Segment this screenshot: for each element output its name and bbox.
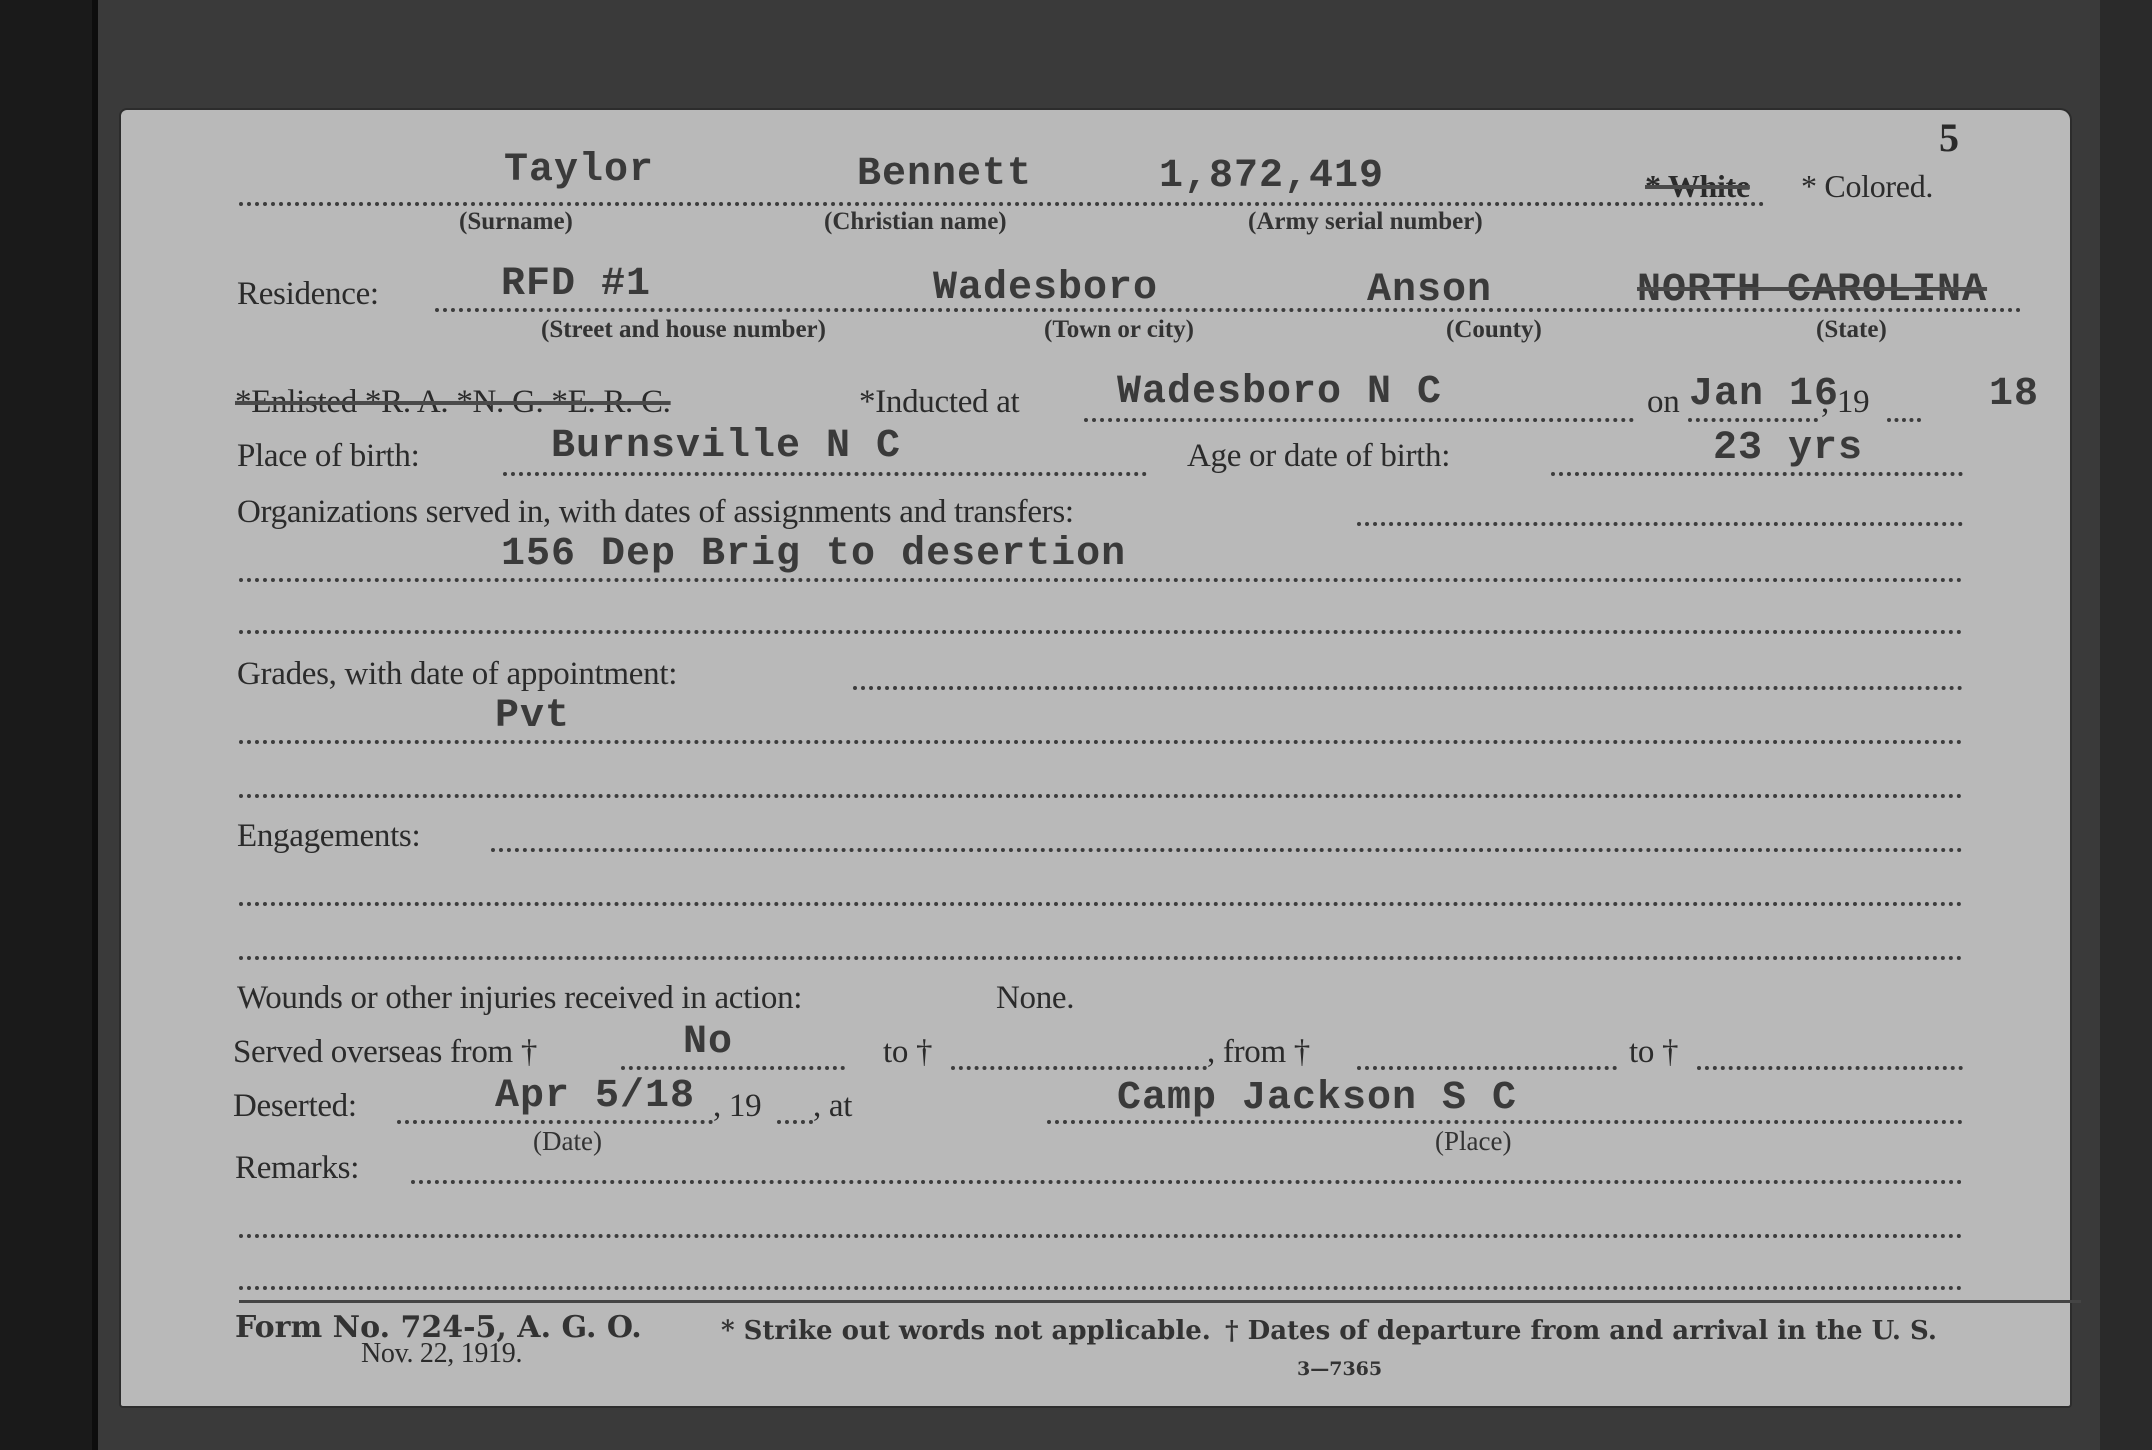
overseas-to2-line [1697, 1066, 1963, 1070]
overseas-to2-label: to † [1629, 1034, 1678, 1071]
page-number: 5 [1939, 114, 1959, 161]
age-line [1551, 472, 1963, 476]
inducted-label: *Inducted at [859, 384, 1019, 421]
strike-note: * Strike out words not applicable. [721, 1316, 1211, 1346]
name-line [239, 202, 1765, 206]
street-caption: (Street and house number) [541, 316, 826, 344]
on-label: on [1647, 384, 1679, 421]
inducted-at-value: Wadesboro N C [1117, 370, 1442, 415]
town-caption: (Town or city) [1044, 316, 1194, 344]
surname-caption: (Surname) [459, 208, 573, 236]
engagements-line-3 [239, 956, 1963, 960]
organizations-value: 156 Dep Brig to desertion [501, 532, 1126, 577]
remarks-line-1 [411, 1180, 1963, 1184]
wounds-value: None. [996, 980, 1074, 1017]
year-line [1887, 418, 1921, 422]
grades-value: Pvt [495, 694, 570, 739]
date-line [1688, 418, 1818, 422]
inducted-line [1084, 418, 1634, 422]
overseas-to-line [951, 1066, 1207, 1070]
scan-border-edge [92, 0, 98, 1450]
age-value: 23 yrs [1713, 426, 1863, 471]
grades-line-2 [239, 740, 1963, 744]
surname-value: Taylor [504, 148, 654, 193]
overseas-from2-line [1357, 1066, 1617, 1070]
deserted-place-value: Camp Jackson S C [1117, 1076, 1517, 1121]
residence-label: Residence: [237, 276, 379, 313]
deserted-place-caption: (Place) [1435, 1126, 1511, 1157]
remarks-line-3 [239, 1286, 1963, 1290]
engagements-line-1 [491, 848, 1963, 852]
overseas-to-label: to † [883, 1034, 932, 1071]
residence-state: NORTH CAROLINA [1637, 268, 1987, 313]
deserted-year-label: , 19 [713, 1088, 761, 1125]
christian-name-caption: (Christian name) [824, 208, 1007, 236]
deserted-label: Deserted: [233, 1088, 357, 1125]
scan-border-right [2100, 0, 2152, 1450]
organizations-label: Organizations served in, with dates of a… [237, 494, 1074, 531]
race-white-struck: * White [1645, 168, 1750, 205]
grades-line-1 [853, 686, 1963, 690]
residence-street: RFD #1 [501, 262, 651, 307]
deserted-at-label: , at [813, 1088, 852, 1125]
engagements-line-2 [239, 902, 1963, 906]
organizations-line-2 [239, 578, 1963, 582]
christian-name-value: Bennett [857, 152, 1032, 197]
service-record-card: 5 Taylor Bennett 1,872,419 * White * Col… [121, 110, 2070, 1406]
serial-caption: (Army serial number) [1248, 208, 1483, 236]
place-of-birth-value: Burnsville N C [551, 424, 901, 469]
dagger-note: † Dates of departure from and arrival in… [1225, 1316, 1937, 1346]
age-label: Age or date of birth: [1187, 438, 1450, 475]
grades-line-3 [239, 794, 1963, 798]
army-serial-value: 1,872,419 [1159, 154, 1384, 199]
scan-border-left [0, 0, 92, 1450]
overseas-from2-label: , from † [1207, 1034, 1310, 1071]
deserted-date-value: Apr 5/18 [495, 1074, 695, 1119]
year-prefix: , 19 [1821, 384, 1869, 421]
deserted-year-line [777, 1120, 813, 1124]
race-colored: * Colored. [1801, 168, 1933, 205]
footer-rule [239, 1300, 2081, 1303]
remarks-label: Remarks: [235, 1150, 359, 1187]
deserted-date-line [397, 1120, 713, 1124]
inducted-year: 18 [1989, 372, 2039, 417]
organizations-line-1 [1357, 522, 1963, 526]
form-date: Nov. 22, 1919. [361, 1338, 522, 1370]
county-caption: (County) [1446, 316, 1542, 344]
overseas-from-value: No [683, 1020, 733, 1065]
state-caption: (State) [1816, 316, 1887, 344]
grades-label: Grades, with date of appointment: [237, 656, 677, 693]
place-of-birth-label: Place of birth: [237, 438, 419, 475]
deserted-date-caption: (Date) [533, 1126, 602, 1157]
overseas-from-line [621, 1066, 845, 1070]
organizations-line-3 [239, 630, 1963, 634]
residence-county: Anson [1367, 268, 1492, 313]
enlistment-struck-options: *Enlisted *R. A. *N. G. *E. R. C. [235, 384, 671, 421]
wounds-label: Wounds or other injuries received in act… [237, 980, 802, 1017]
print-code: 3—7365 [1297, 1358, 1382, 1380]
residence-town: Wadesboro [933, 266, 1158, 311]
engagements-label: Engagements: [237, 818, 420, 855]
remarks-line-2 [239, 1234, 1963, 1238]
inducted-date: Jan 16 [1689, 372, 1839, 417]
place-of-birth-line [503, 472, 1147, 476]
served-overseas-label: Served overseas from † [233, 1034, 537, 1071]
